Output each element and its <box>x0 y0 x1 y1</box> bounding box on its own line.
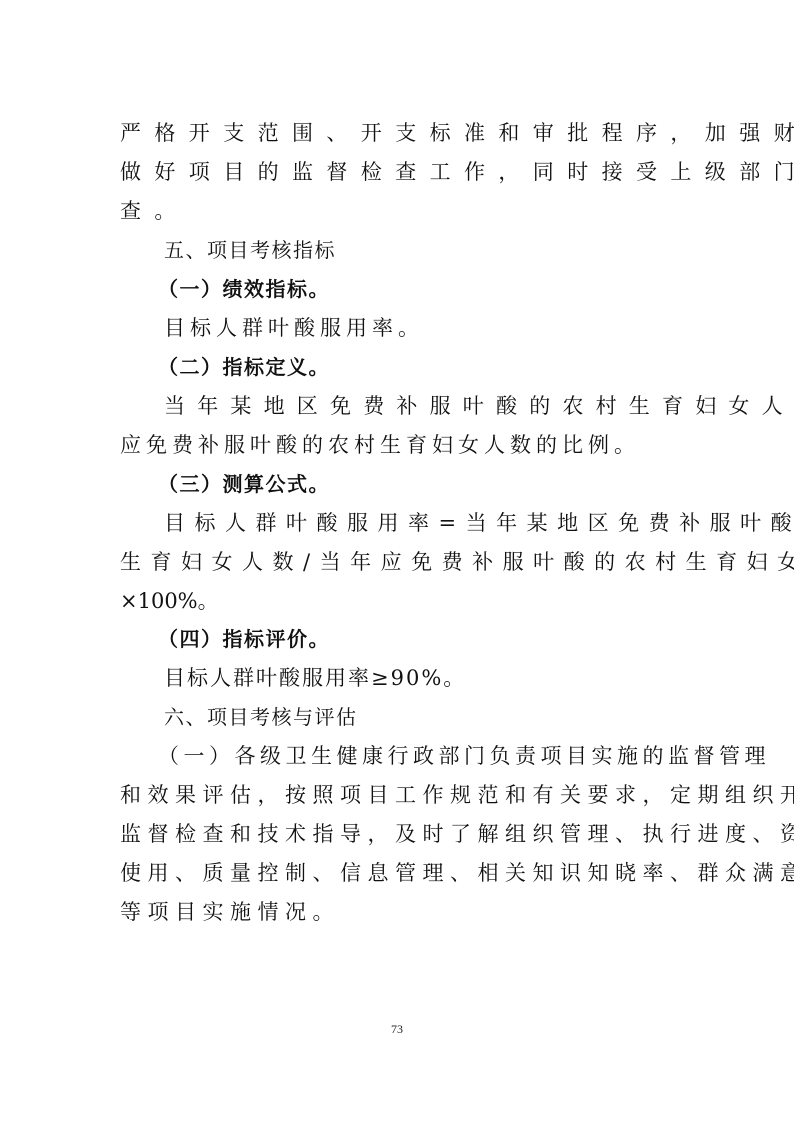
body-text-line: 做好项目的监督检查工作，同时接受上级部门组织的资金检 <box>120 153 680 191</box>
body-text-line: 和效果评估，按照项目工作规范和有关要求，定期组织开展 <box>120 776 680 814</box>
subheading-performance-indicator: （一）绩效指标。 <box>158 270 718 308</box>
body-text-line: 严格开支范围、开支标准和审批程序，加强财务和会计核算， <box>120 114 680 152</box>
body-text-line: （一）各级卫生健康行政部门负责项目实施的监督管理 <box>158 737 718 775</box>
document-page: 严格开支范围、开支标准和审批程序，加强财务和会计核算， 做好项目的监督检查工作，… <box>0 0 794 1122</box>
subheading-calculation-formula: （三）测算公式。 <box>158 465 718 503</box>
body-text-line: 目标人群叶酸服用率≥90%。 <box>164 659 724 697</box>
section-heading-6: 六、项目考核与评估 <box>164 698 724 736</box>
body-text-line: 当年某地区免费补服叶酸的农村生育妇女人数占当年 <box>164 387 724 425</box>
body-text-line: 监督检查和技术指导，及时了解组织管理、执行进度、资金 <box>120 815 680 853</box>
body-text-line: 目标人群叶酸服用率=当年某地区免费补服叶酸的农村 <box>164 504 724 542</box>
body-text-line: ×100%。 <box>120 582 680 620</box>
page-number: 73 <box>0 1022 794 1037</box>
section-heading-5: 五、项目考核指标 <box>164 231 724 269</box>
body-text-line: 应免费补服叶酸的农村生育妇女人数的比例。 <box>120 426 680 464</box>
subheading-indicator-definition: （二）指标定义。 <box>158 348 718 386</box>
body-text-line: 查。 <box>120 192 680 230</box>
body-text-line: 等项目实施情况。 <box>120 893 680 931</box>
body-text-line: 生育妇女人数/当年应免费补服叶酸的农村生育妇女人数 <box>120 543 680 581</box>
body-text-line: 使用、质量控制、信息管理、相关知识知晓率、群众满意度 <box>120 854 680 892</box>
subheading-indicator-evaluation: （四）指标评价。 <box>158 620 718 658</box>
body-text-line: 目标人群叶酸服用率。 <box>164 309 724 347</box>
